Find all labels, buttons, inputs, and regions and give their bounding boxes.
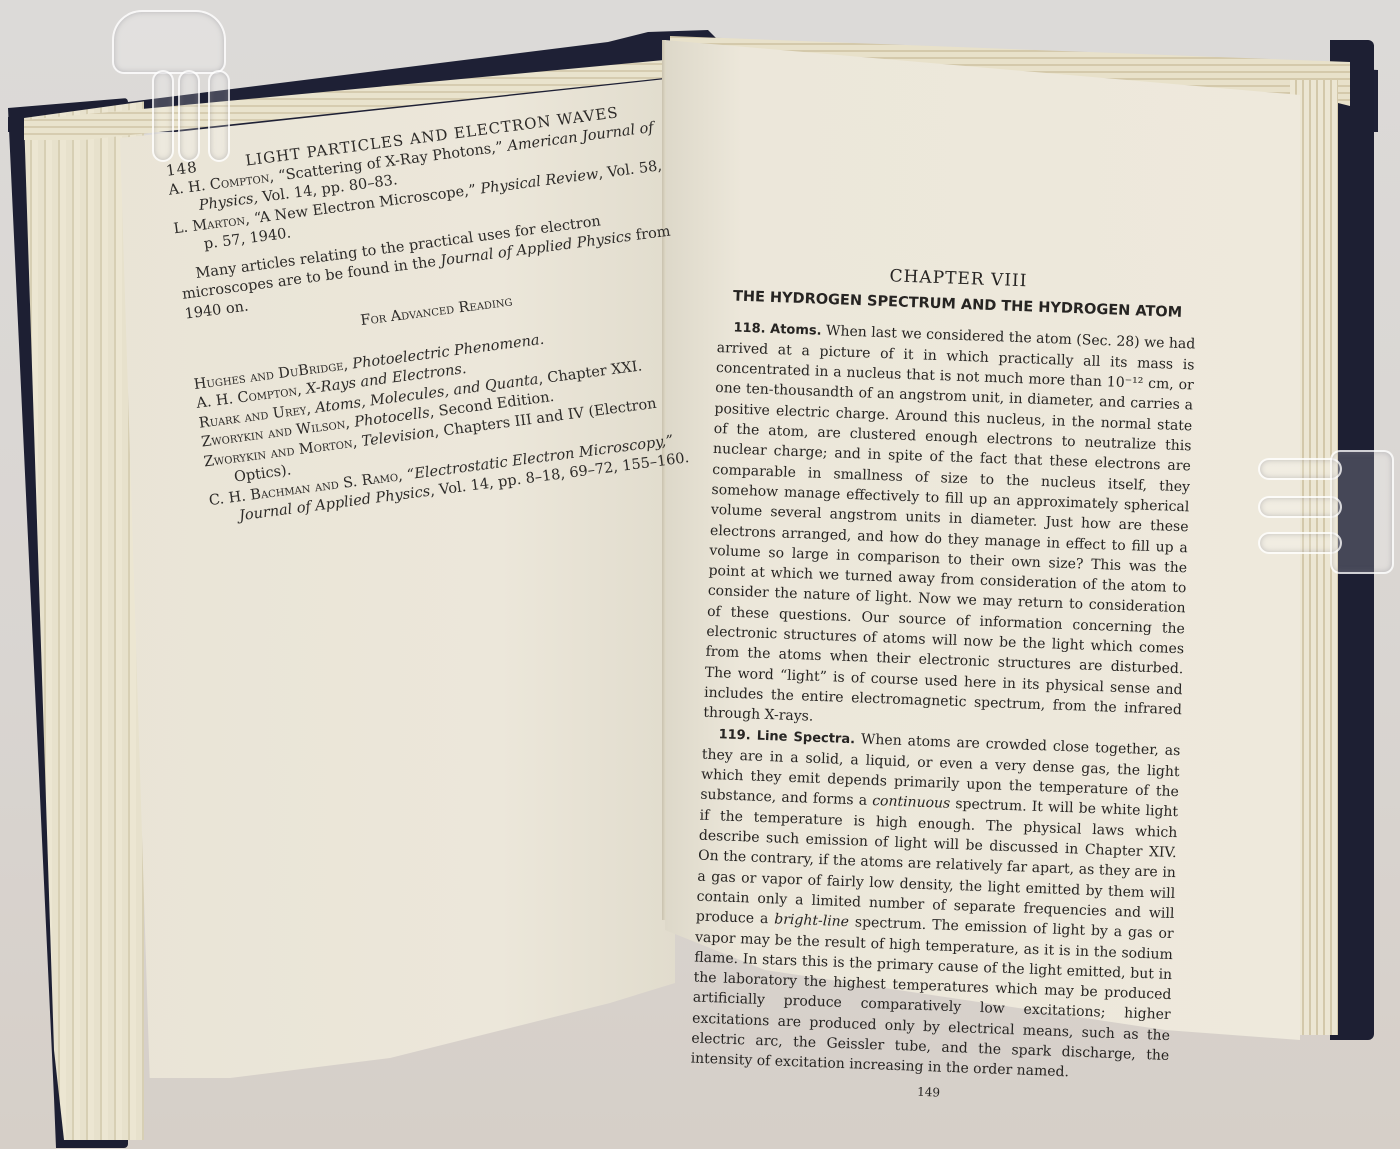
section-heading: 119. Line Spectra. [718, 727, 855, 747]
right-page-text: CHAPTER VIII THE HYDROGEN SPECTRUM AND T… [689, 260, 1198, 1123]
section-118: 118. Atoms. When last we considered the … [703, 317, 1196, 741]
section-heading: 118. Atoms. [733, 320, 822, 338]
left-page-text: 148LIGHT PARTICLES AND ELECTRON WAVES A.… [165, 98, 709, 531]
section-119: 119. Line Spectra. When atoms are crowde… [690, 723, 1180, 1086]
photo-scene: 148LIGHT PARTICLES AND ELECTRON WAVES A.… [0, 0, 1400, 1149]
